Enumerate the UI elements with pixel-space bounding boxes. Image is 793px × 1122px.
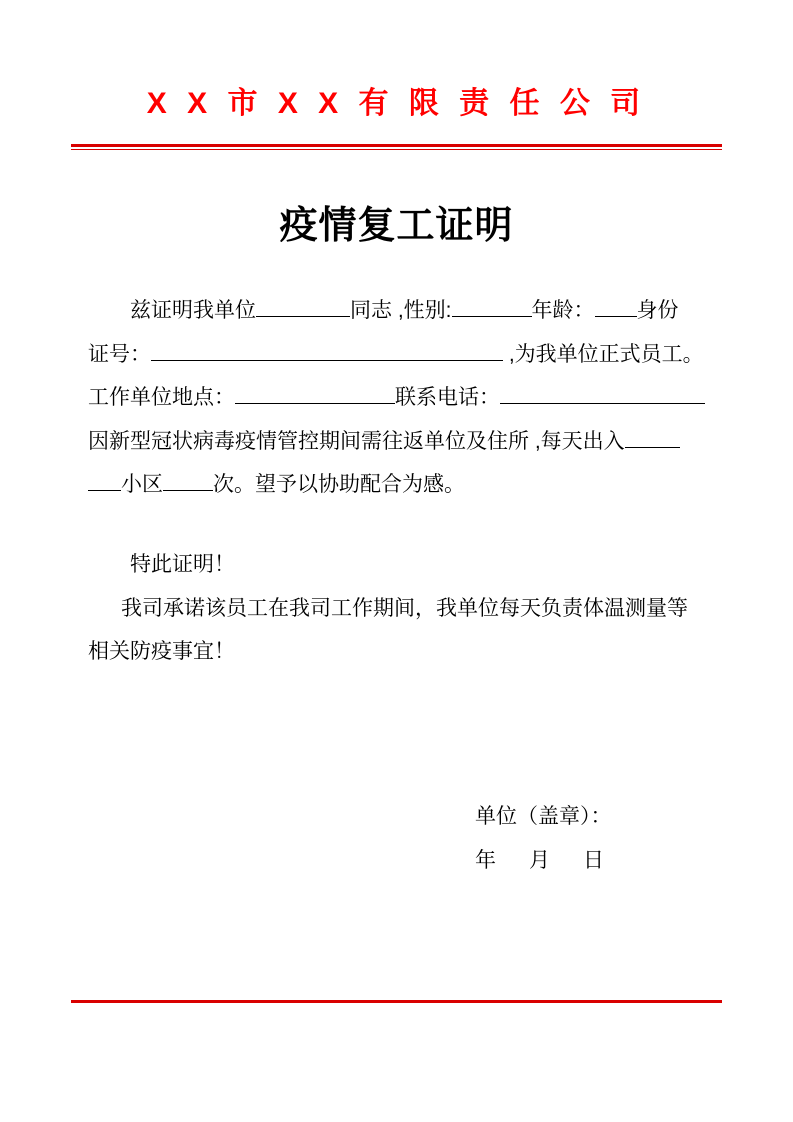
body-line-1: 兹证明我单位同志 ,性别:年龄：身份 xyxy=(88,289,718,333)
blank-id-number xyxy=(151,360,503,361)
text-address-label: 工作单位地点： xyxy=(88,386,235,409)
text-comrade-gender: 同志 ,性别: xyxy=(350,299,452,322)
closing-line-1: 特此证明！ xyxy=(88,543,718,587)
letterhead-divider-rule xyxy=(71,144,722,150)
blank-work-address xyxy=(235,403,395,404)
text-age-label: 年龄： xyxy=(532,299,595,322)
blank-age xyxy=(595,316,637,317)
text-unit-seal-label: 单位（盖章）： xyxy=(475,805,612,828)
seal-line: 单位（盖章）： xyxy=(475,795,612,839)
date-line: 年月日 xyxy=(475,839,612,883)
text-commitment-cont: 相关防疫事宜！ xyxy=(88,640,235,663)
signature-block: 单位（盖章）： 年月日 xyxy=(475,795,612,882)
text-id-label: 证号： xyxy=(88,343,151,366)
blank-phone-number xyxy=(500,403,705,404)
blank-gender xyxy=(452,316,532,317)
certificate-page: X X 市 X X 有 限 责 任 公 司 疫情复工证明 兹证明我单位同志 ,性… xyxy=(0,0,793,1122)
blank-employee-name xyxy=(256,316,350,317)
text-times-suffix: 次。望予以协助配合为感。 xyxy=(213,473,465,496)
body-line-3: 工作单位地点：联系电话： xyxy=(88,376,718,420)
text-id-prefix: 身份 xyxy=(637,299,679,322)
text-commitment: 我司承诺该员工在我司工作期间，我单位每天负责体温测量等 xyxy=(121,597,688,620)
text-date-day: 日 xyxy=(583,849,604,872)
text-date-month: 月 xyxy=(529,849,550,872)
text-phone-label: 联系电话： xyxy=(395,386,500,409)
text-formal-employee: ,为我单位正式员工。 xyxy=(503,343,704,366)
company-letterhead: X X 市 X X 有 限 责 任 公 司 xyxy=(0,78,793,122)
closing-line-3: 相关防疫事宜！ xyxy=(88,630,718,674)
text-community: 小区 xyxy=(121,473,163,496)
document-title: 疫情复工证明 xyxy=(0,194,793,249)
blank-times-count xyxy=(163,490,213,491)
text-travel-reason: 因新型冠状病毒疫情管控期间需往返单位及住所 ,每天出入 xyxy=(88,430,625,453)
text-certify: 兹证明我单位 xyxy=(130,299,256,322)
footer-rule xyxy=(71,1000,722,1003)
body-line-5: 小区次。望予以协助配合为感。 xyxy=(88,463,718,507)
text-date-year: 年 xyxy=(475,849,496,872)
blank-community-name-part1 xyxy=(625,447,680,448)
body-line-4: 因新型冠状病毒疫情管控期间需往返单位及住所 ,每天出入 xyxy=(88,420,718,464)
text-hereby-certify: 特此证明！ xyxy=(130,553,235,576)
blank-community-name-part2 xyxy=(88,490,121,491)
closing-line-2: 我司承诺该员工在我司工作期间，我单位每天负责体温测量等 xyxy=(88,587,718,631)
body-line-2: 证号： ,为我单位正式员工。 xyxy=(88,333,718,377)
certificate-body-paragraph: 兹证明我单位同志 ,性别:年龄：身份 证号： ,为我单位正式员工。 工作单位地点… xyxy=(88,289,718,507)
certificate-closing-paragraph: 特此证明！ 我司承诺该员工在我司工作期间，我单位每天负责体温测量等 相关防疫事宜… xyxy=(88,543,718,674)
